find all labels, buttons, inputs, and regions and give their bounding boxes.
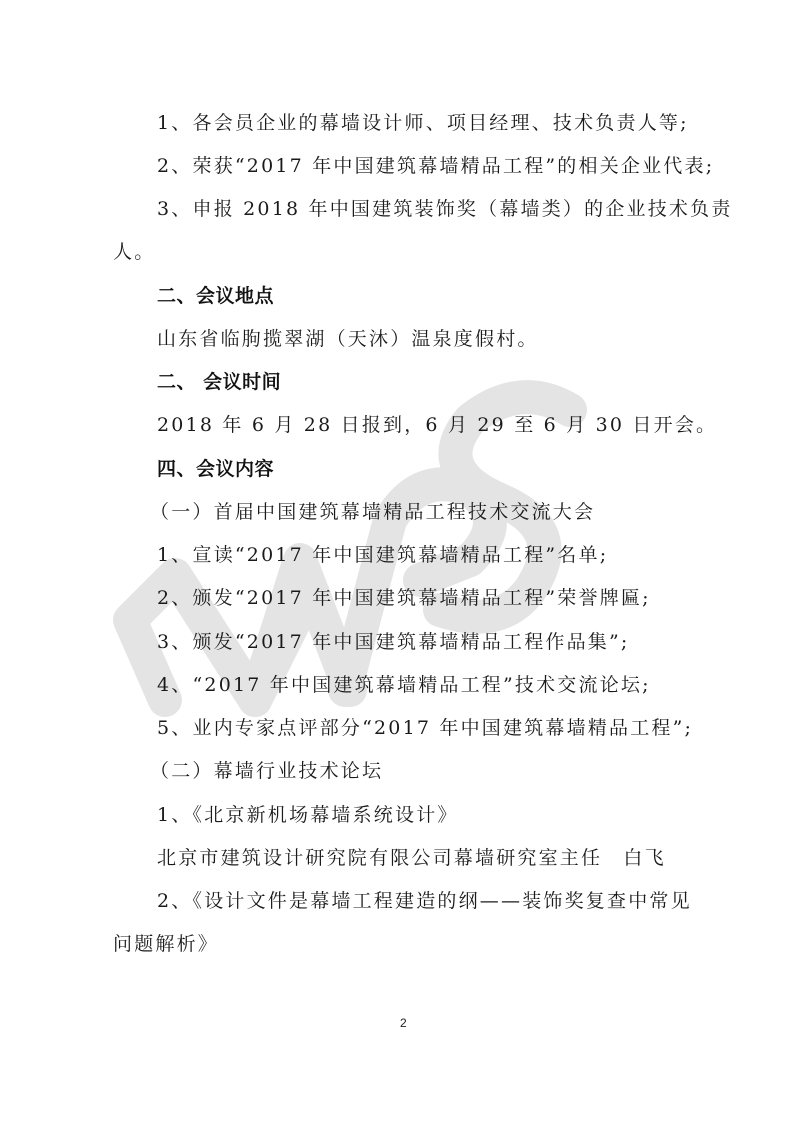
list-item: 3、申报 2018 年中国建筑装饰奖（幕墙类）的企业技术负责 (157, 197, 733, 221)
list-item: 1、《北京新机场幕墙系统设计》 (157, 803, 459, 827)
list-item: 2、颁发“2017 年中国建筑幕墙精品工程”荣誉牌匾; (157, 586, 651, 610)
list-item: 3、颁发“2017 年中国建筑幕墙精品工程作品集”; (157, 630, 630, 654)
time-text: 2018 年 6 月 28 日报到，6 月 29 至 6 月 30 日开会。 (157, 413, 717, 437)
list-item: 4、“2017 年中国建筑幕墙精品工程”技术交流论坛; (157, 673, 651, 697)
list-item: 1、各会员企业的幕墙设计师、项目经理、技术负责人等; (157, 111, 689, 135)
speaker-affiliation: 北京市建筑设计研究院有限公司幕墙研究室主任 白飞 (157, 846, 666, 870)
list-item-continuation: 问题解析》 (113, 932, 219, 956)
page-number: 2 (400, 1016, 407, 1030)
list-item-continuation: 人。 (113, 240, 155, 264)
list-item: 5、业内专家点评部分“2017 年中国建筑幕墙精品工程”; (157, 716, 693, 740)
subsection-heading-1: （一）首届中国建筑幕墙精品工程技术交流大会 (150, 500, 595, 524)
venue-text: 山东省临朐揽翠湖（天沐）温泉度假村。 (157, 327, 539, 351)
section-heading-time: 二、 会议时间 (157, 370, 281, 394)
section-heading-venue: 二、会议地点 (157, 284, 274, 308)
list-item: 2、《设计文件是幕墙工程建造的纲——装饰奖复查中常见 (157, 889, 692, 913)
document-page: 1、各会员企业的幕墙设计师、项目经理、技术负责人等; 2、荣获“2017 年中国… (0, 0, 793, 1122)
subsection-heading-2: （二）幕墙行业技术论坛 (150, 759, 383, 783)
section-heading-content: 四、会议内容 (157, 457, 274, 481)
list-item: 1、宣读“2017 年中国建筑幕墙精品工程”名单; (157, 543, 608, 567)
list-item: 2、荣获“2017 年中国建筑幕墙精品工程”的相关企业代表; (157, 154, 714, 178)
